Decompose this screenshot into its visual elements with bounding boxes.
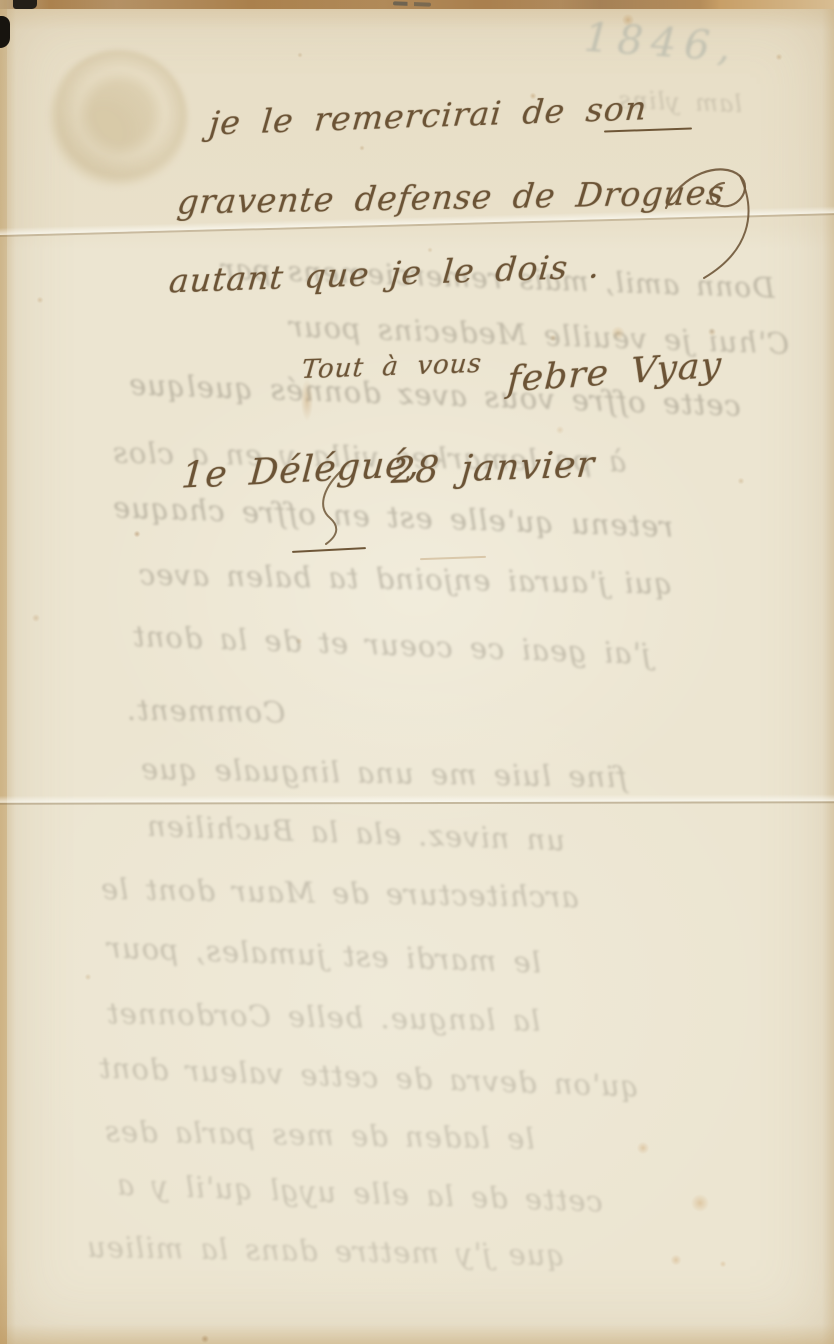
ink-flourish-comma-tail xyxy=(310,468,350,548)
ink-flourish-paren xyxy=(660,156,770,286)
ink-line: 28 janvier xyxy=(390,444,597,492)
ink-line: gravente defense de Drogues xyxy=(175,173,726,222)
ink-line: Tout à vous xyxy=(300,349,483,385)
ink-line: autant que je le dois . xyxy=(167,247,602,301)
ink-line: 1e Délégué, xyxy=(180,444,422,497)
ink-line: febre Vyay xyxy=(506,345,723,401)
scanned-letter-page: lam ylinsDonn amil, mais remerciemens pa… xyxy=(0,0,834,1344)
ink-line: je le remercirai de son xyxy=(207,88,648,142)
